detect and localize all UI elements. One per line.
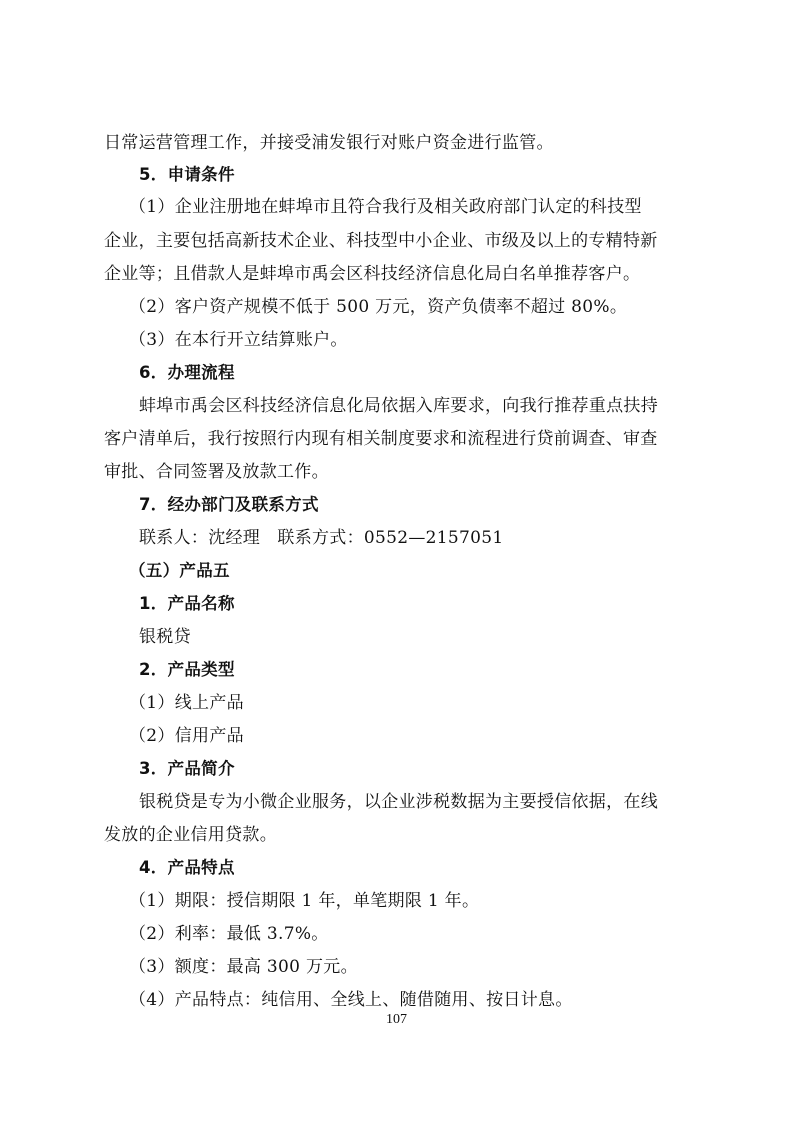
heading-product-name: 1．产品名称 [0, 594, 793, 614]
feature-characteristics: （4）产品特点：纯信用、全线上、随借随用、按日计息。 [0, 990, 793, 1010]
heading-product-intro: 3．产品简介 [0, 759, 793, 779]
feature-term: （1）期限：授信期限 1 年，单笔期限 1 年。 [0, 891, 793, 911]
process-line-1: 蚌埠市禹会区科技经济信息化局依据入库要求，向我行推荐重点扶持 [0, 396, 793, 416]
page-number: 107 [0, 1012, 793, 1028]
condition-1-line-3: 企业等；且借款人是蚌埠市禹会区科技经济信息化局白名单推荐客户。 [0, 264, 793, 284]
condition-1-line-1: （1）企业注册地在蚌埠市且符合我行及相关政府部门认定的科技型 [0, 197, 793, 217]
product-intro-line-2: 发放的企业信用贷款。 [0, 825, 793, 845]
heading-product-five: （五）产品五 [0, 561, 793, 581]
contact-info: 联系人：沈经理 联系方式：0552—2157051 [0, 528, 793, 548]
condition-2: （2）客户资产规模不低于 500 万元，资产负债率不超过 80%。 [0, 297, 793, 317]
heading-process: 6．办理流程 [0, 363, 793, 383]
heading-application-conditions: 5．申请条件 [0, 165, 793, 185]
feature-amount: （3）额度：最高 300 万元。 [0, 957, 793, 977]
process-line-3: 审批、合同签署及放款工作。 [0, 462, 793, 482]
document-page: 日常运营管理工作，并接受浦发银行对账户资金进行监管。 5．申请条件 （1）企业注… [0, 0, 793, 1122]
process-line-2: 客户清单后，我行按照行内现有相关制度要求和流程进行贷前调查、审查 [0, 429, 793, 449]
heading-product-type: 2．产品类型 [0, 660, 793, 680]
product-type-1: （1）线上产品 [0, 693, 793, 713]
paragraph-continuation: 日常运营管理工作，并接受浦发银行对账户资金进行监管。 [0, 133, 793, 153]
feature-rate: （2）利率：最低 3.7%。 [0, 924, 793, 944]
condition-3: （3）在本行开立结算账户。 [0, 330, 793, 350]
condition-1-line-2: 企业，主要包括高新技术企业、科技型中小企业、市级及以上的专精特新 [0, 231, 793, 251]
product-type-2: （2）信用产品 [0, 726, 793, 746]
heading-product-features: 4．产品特点 [0, 858, 793, 878]
product-name: 银税贷 [0, 627, 793, 647]
product-intro-line-1: 银税贷是专为小微企业服务，以企业涉税数据为主要授信依据，在线 [0, 792, 793, 812]
heading-contact: 7．经办部门及联系方式 [0, 495, 793, 515]
